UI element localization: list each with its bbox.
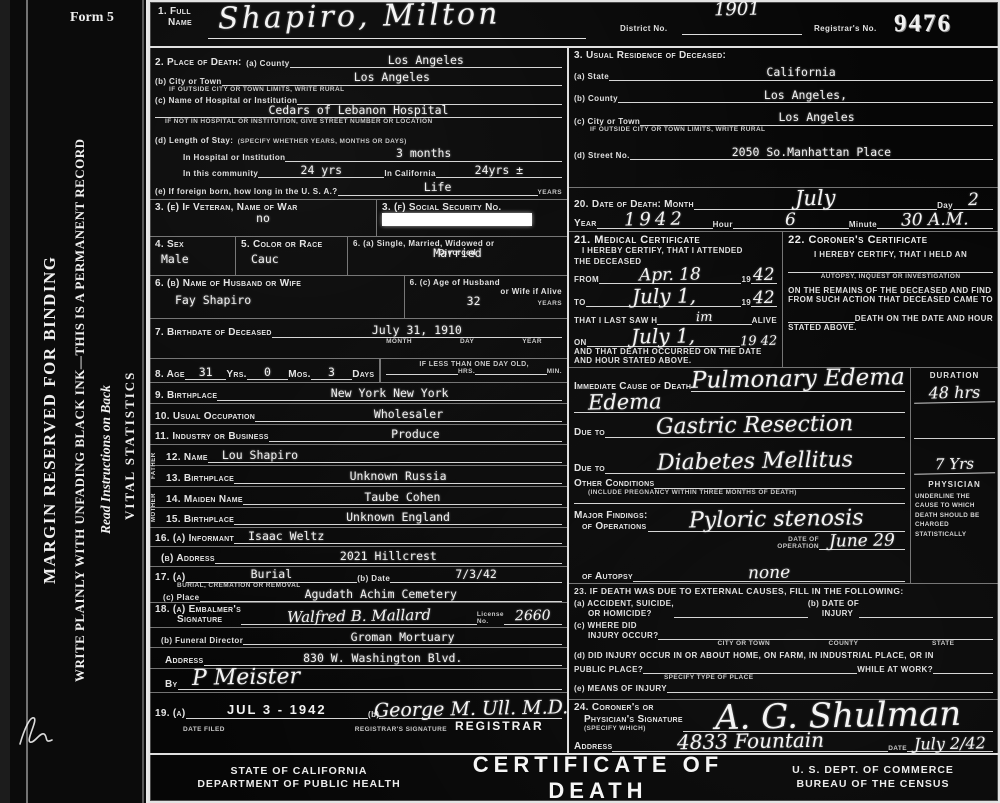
registrar-no-value: 9476	[894, 10, 952, 38]
due-to-2-value: Diabetes Mellitus	[657, 452, 853, 474]
autopsy-value: none	[748, 565, 790, 580]
physician-box-title: PHYSICIAN	[915, 480, 994, 489]
spouse-age-value: 32	[410, 296, 538, 308]
birthdate-label: 7. Birthdate of Deceased	[155, 327, 272, 338]
ssn-redaction-box	[382, 213, 532, 226]
stay-hospital-value: 3 months	[396, 148, 451, 160]
due-to-1: Due to Gastric Resection	[569, 406, 910, 440]
section-24-signature: 24. Coroner's or Physician's Signature (…	[569, 700, 998, 757]
last-saw-value: im	[696, 312, 713, 323]
section-17-burial: 17. (a) Burial (b) Date 7/3/42 BURIAL, C…	[150, 567, 567, 603]
by-signature: P Meister	[191, 668, 299, 689]
section-3-residence: 3. Usual Residence of Deceased: (a) Stat…	[569, 48, 998, 188]
last-saw-year-value: 19 42	[740, 336, 777, 348]
attended-from-year: 42	[753, 268, 775, 283]
duration-column: DURATION 48 hrs 7 Yrs PHYSICIAN UNDERLIN…	[910, 368, 998, 583]
section-18b-funeral-director: (b) Funeral Director Groman Mortuary	[150, 628, 567, 648]
section-18-by: By P Meister	[150, 669, 567, 693]
other-conditions: Other Conditions (INCLUDE PREGNANCY WITH…	[569, 476, 910, 508]
s3-title: 3. Usual Residence of Deceased:	[574, 50, 993, 61]
mother-birthplace-value: Unknown England	[346, 512, 450, 524]
death-hour-value: 6	[785, 213, 796, 228]
burial-place-value: Agudath Achim Cemetery	[305, 589, 457, 601]
margin-instructions-text: Read Instructions on Back	[98, 200, 114, 720]
veteran-value: no	[155, 213, 371, 225]
california-years-value: 24yrs ±	[475, 165, 523, 177]
footer-bar: STATE OF CALIFORNIA DEPARTMENT OF PUBLIC…	[150, 753, 998, 801]
registrar-no-label: Registrar's No.	[814, 24, 877, 33]
registrar-signature: George M. Ull. M.D.	[373, 699, 568, 719]
residence-street-value: 2050 So.Manhattan Place	[732, 147, 891, 159]
death-minute-value: 30 A.M.	[901, 212, 969, 228]
section-16a-informant: 16. (a) Informant Isaac Weltz	[150, 528, 567, 547]
hospital-value: Cedars of Lebanon Hospital	[268, 105, 448, 117]
funeral-director-value: Groman Mortuary	[351, 632, 455, 644]
father-name-value: Lou Shapiro	[222, 450, 298, 462]
certificates-split: 21. Medical Certificate I HEREBY CERTIFY…	[569, 232, 998, 368]
form-number: Form 5	[70, 10, 114, 26]
footer-commerce: U. S. DEPT. OF COMMERCE	[748, 764, 998, 778]
mother-maiden-value: Taube Cohen	[364, 492, 440, 504]
due2-duration-value: 7 Yrs	[914, 457, 995, 474]
coroner-date-value: July 2/42	[914, 736, 986, 751]
marital-value: Married	[353, 248, 562, 260]
handwritten-mark	[14, 710, 58, 750]
death-month-value: July	[795, 190, 836, 209]
immediate-cause-value: Pulmonary Edema	[691, 368, 905, 391]
sex-value: Male	[155, 254, 230, 266]
physician-box-note: UNDERLINE THE CAUSE TO WHICH DEATH SHOUL…	[915, 492, 994, 539]
city-value: Los Angeles	[354, 72, 430, 84]
attended-from-value: Apr. 18	[639, 267, 701, 283]
district-no-value: 1901	[714, 2, 760, 18]
s2-title: 2. Place of Death:	[155, 57, 242, 68]
county-value: Los Angeles	[388, 55, 464, 67]
foreign-born-value: Life	[424, 182, 452, 194]
header-row: 1. Full Name Shapiro, Milton 1901 Distri…	[150, 2, 998, 48]
section-8-age: 8. Age 31 Yrs. 0 Mos. 3 Days IF LESS THA…	[150, 359, 567, 383]
autopsy-findings: of Autopsy none	[569, 556, 910, 584]
certificate-of-death-title: CERTIFICATE OF DEATH	[448, 752, 748, 803]
age-months-value: 0	[264, 367, 271, 379]
section-22-coroner-certificate: 22. Coroner's Certificate I HEREBY CERTI…	[783, 232, 998, 367]
father-group: FATHER 12. Name Lou Shapiro 13. Birthpla…	[150, 445, 567, 487]
section-7-birthdate: 7. Birthdate of Deceased July 31, 1910 M…	[150, 319, 567, 359]
coroner-physician-signature: A. G. Shulman	[715, 699, 962, 732]
major-findings: Major Findings: of Operations Pyloric st…	[569, 508, 910, 556]
industry-value: Produce	[391, 429, 439, 441]
section-2-place-of-death: 2. Place of Death: (a) County Los Angele…	[150, 48, 567, 200]
burial-type-value: Burial	[251, 569, 293, 581]
death-day-value: 2	[967, 193, 978, 208]
margin-vital-statistics-text: VITAL STATISTICS	[122, 280, 138, 610]
row-spouse: 6. (b) Name of Husband or Wife Fay Shapi…	[150, 276, 567, 319]
left-column: 2. Place of Death: (a) County Los Angele…	[150, 48, 569, 753]
due-to-1-value: Gastric Resection	[656, 416, 853, 438]
full-name-value: Shapiro, Milton	[218, 2, 501, 32]
right-column: 3. Usual Residence of Deceased: (a) Stat…	[569, 48, 998, 753]
ssn-label: 3. (f) Social Security No.	[382, 202, 562, 213]
funeral-address-value: 830 W. Washington Blvd.	[303, 653, 462, 665]
section-14-mother-maiden-name: 14. Maiden Name Taube Cohen	[150, 487, 567, 508]
death-certificate-scan: Form 5 MARGIN RESERVED FOR BINDING WRITE…	[0, 0, 1000, 803]
embalmer-license-value: 2660	[515, 611, 551, 624]
spouse-name-label: 6. (b) Name of Husband or Wife	[155, 278, 399, 289]
last-saw-date-value: July 1,	[631, 328, 695, 346]
residence-state-value: California	[766, 67, 835, 79]
age-years-value: 31	[199, 367, 213, 379]
margin-ink-text: WRITE PLAINLY WITH UNFADING BLACK INK—TH…	[72, 30, 88, 790]
birthdate-value: July 31, 1910	[372, 325, 462, 337]
margin-binding-text: MARGIN RESERVED FOR BINDING	[40, 70, 60, 770]
section-20-date-of-death: 20. Date of Death: Month July Day 2 Year…	[569, 188, 998, 232]
spouse-age-label: 6. (c) Age of Husband	[410, 278, 562, 287]
residence-county-value: Los Angeles,	[764, 90, 847, 102]
occupation-value: Wholesaler	[374, 409, 443, 421]
section-11-industry: 11. Industry or Business Produce	[150, 425, 567, 445]
informant-address-value: 2021 Hillcrest	[340, 551, 437, 563]
coroner-address-value: 4833 Fountain	[677, 732, 824, 752]
immediate-duration-value: 48 hrs	[914, 385, 995, 403]
residence-city-value: Los Angeles	[779, 112, 855, 124]
section-18a-embalmer: 18. (a) Embalmer's Signature Walfred B. …	[150, 603, 567, 628]
birthplace-value: New York New York	[331, 388, 449, 400]
death-year-value: 1942	[624, 211, 686, 227]
footer-state: STATE OF CALIFORNIA	[150, 765, 448, 778]
registrar-stamp: REGISTRAR	[455, 719, 544, 733]
attended-to-year: 42	[753, 291, 775, 306]
section-23-external-causes: 23. IF DEATH WAS DUE TO EXTERNAL CAUSES,…	[569, 584, 998, 700]
district-no-label: District No.	[620, 24, 667, 33]
date-filed-stamp: JUL 3 - 1942	[227, 702, 327, 717]
embalmer-signature: Walfred B. Mallard	[287, 609, 431, 624]
section-21-medical-certificate: 21. Medical Certificate I HEREBY CERTIFY…	[569, 232, 783, 367]
section-15-mother-birthplace: 15. Birthplace Unknown England	[150, 508, 567, 528]
section-16b-informant-address: (b) Address 2021 Hillcrest	[150, 547, 567, 567]
section-10-occupation: 10. Usual Occupation Wholesaler	[150, 404, 567, 425]
age-days-value: 3	[328, 367, 335, 379]
footer-department: DEPARTMENT OF PUBLIC HEALTH	[150, 778, 448, 791]
certificate-form: 1. Full Name Shapiro, Milton 1901 Distri…	[148, 0, 1000, 803]
attended-to-value: July 1,	[631, 288, 695, 306]
operation-date-value: June 29	[829, 533, 895, 549]
section-19-filing: 19. (a) JUL 3 - 1942 (b) George M. Ull. …	[150, 693, 567, 753]
footer-census: BUREAU OF THE CENSUS	[748, 778, 998, 792]
section-13-father-birthplace: 13. Birthplace Unknown Russia	[150, 466, 567, 487]
full-name-label: 1. Full	[158, 6, 208, 17]
row-veteran-ssn: 3. (e) If Veteran, Name of War no 3. (f)…	[150, 200, 567, 237]
race-label: 5. Color or Race	[241, 239, 342, 250]
mother-group: MOTHER 14. Maiden Name Taube Cohen 15. B…	[150, 487, 567, 528]
sex-label: 4. Sex	[155, 239, 230, 250]
operation-findings-value: Pyloric stenosis	[689, 510, 864, 532]
race-value: Cauc	[241, 254, 342, 266]
burial-date-value: 7/3/42	[455, 569, 497, 581]
community-years-value: 24 yrs	[301, 165, 343, 177]
cause-of-death-area: Immediate Cause of Death Pulmonary Edema…	[569, 368, 998, 584]
section-9-birthplace: 9. Birthplace New York New York	[150, 383, 567, 404]
binding-margin-strip: Form 5 MARGIN RESERVED FOR BINDING WRITE…	[0, 0, 148, 803]
row-sex-race-marital: 4. Sex Male 5. Color or Race Cauc 6. (a)…	[150, 237, 567, 276]
informant-value: Isaac Weltz	[248, 531, 324, 543]
spouse-name-value: Fay Shapiro	[155, 295, 399, 307]
section-12-father-name: 12. Name Lou Shapiro	[150, 445, 567, 466]
due-to-2: Due to Diabetes Mellitus	[569, 440, 910, 476]
father-birthplace-value: Unknown Russia	[350, 471, 447, 483]
